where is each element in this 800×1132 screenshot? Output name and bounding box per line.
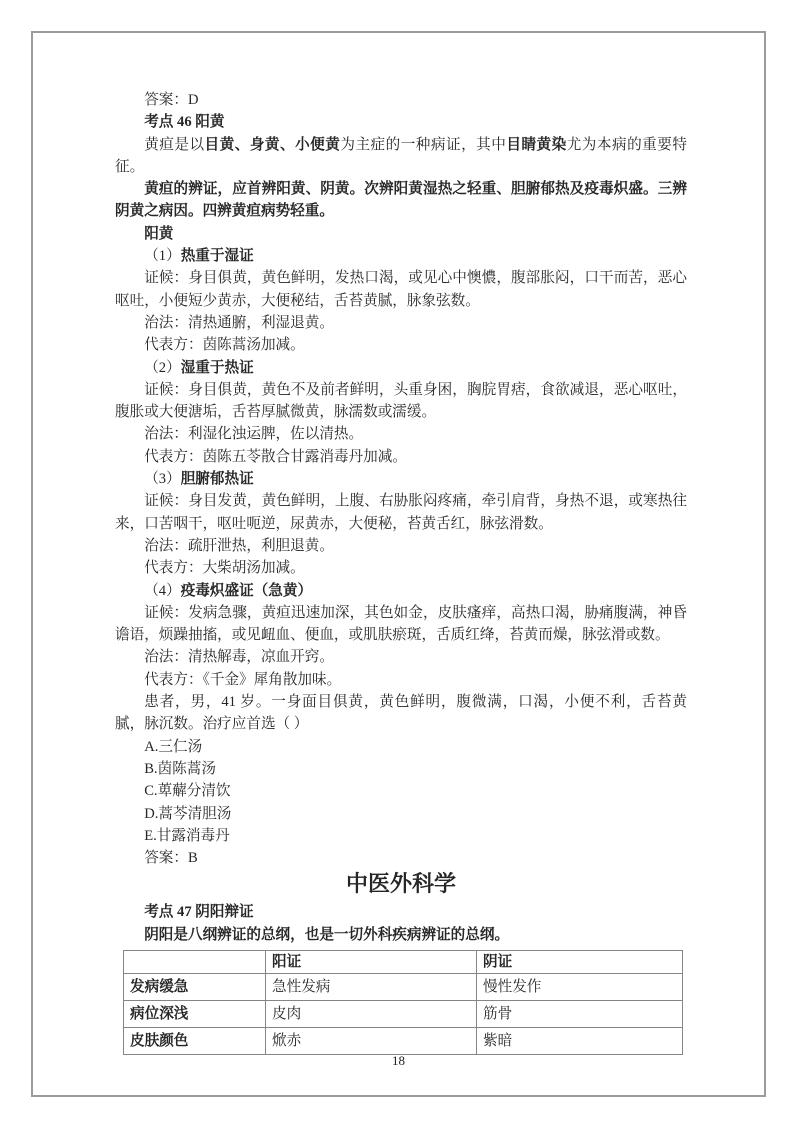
- table-row: 皮肤颜色焮赤紫暗: [124, 1027, 683, 1054]
- paragraph: B.茵陈蒿汤: [115, 758, 687, 780]
- section-heading: 中医外科学: [115, 871, 687, 897]
- text-run: 治法：清热通腑，利湿退黄。: [144, 315, 334, 331]
- text-run: C.萆薢分清饮: [144, 783, 230, 799]
- bold-text-run: 阳黄: [144, 226, 173, 242]
- paragraph: 考点 47 阴阳辩证: [115, 901, 687, 923]
- table-cell: 皮肉: [266, 1000, 477, 1027]
- paragraph: 代表方：茵陈五苓散合甘露消毒丹加减。: [115, 446, 687, 468]
- paragraph: （4）疫毒炽盛证（急黄）: [115, 580, 687, 602]
- paragraph: E.甘露消毒丹: [115, 825, 687, 847]
- text-run: （2）: [144, 360, 181, 376]
- text-run: 治法：利湿化浊运脾，佐以清热。: [144, 426, 363, 442]
- text-run: 证候：身目俱黄，黄色鲜明，发热口渴，或见心中懊憹，腹部胀闷，口干而苦，恶心呕吐，…: [115, 270, 687, 308]
- bold-text-run: 胆腑郁热证: [181, 471, 254, 487]
- text-run: 证候：身目俱黄，黄色不及前者鲜明，头重身困，胸脘胃痞，食欲减退，恶心呕吐，腹胀或…: [115, 382, 687, 420]
- table-row: 发病缓急急性发病慢性发作: [124, 973, 683, 1000]
- paragraph: 治法：疏肝泄热，利胆退黄。: [115, 535, 687, 557]
- text-run: D.蒿芩清胆汤: [144, 806, 231, 822]
- paragraph: 答案：D: [115, 89, 687, 111]
- text-run: 黄疸是以: [144, 137, 204, 153]
- bold-text-run: 考点 46 阳黄: [144, 114, 224, 130]
- paragraph: 答案：B: [115, 847, 687, 869]
- table-header-cell: 阳证: [266, 950, 477, 973]
- paragraph: 阳黄: [115, 223, 687, 245]
- bold-text-run: 黄疸的辨证，应首辨阳黄、阴黄。次辨阳黄湿热之轻重、胆腑郁热及疫毒炽盛。三辨阴黄之…: [115, 181, 687, 219]
- text-run: 代表方：茵陈五苓散合甘露消毒丹加减。: [144, 449, 407, 465]
- paragraph: 证候：身目俱黄，黄色不及前者鲜明，头重身困，胸脘胃痞，食欲减退，恶心呕吐，腹胀或…: [115, 379, 687, 424]
- paragraph: 治法：清热解毒，凉血开窍。: [115, 646, 687, 668]
- text-run: 患者，男，41 岁。一身面目俱黄，黄色鲜明，腹微满，口渴，小便不利，舌苔黄腻，脉…: [115, 694, 687, 732]
- paragraph: （1）热重于湿证: [115, 245, 687, 267]
- text-run: （3）: [144, 471, 181, 487]
- paragraph: C.萆薢分清饮: [115, 780, 687, 802]
- paragraph: （2）湿重于热证: [115, 357, 687, 379]
- paragraph: 考点 46 阳黄: [115, 111, 687, 133]
- paragraph: 患者，男，41 岁。一身面目俱黄，黄色鲜明，腹微满，口渴，小便不利，舌苔黄腻，脉…: [115, 691, 687, 736]
- text-run: （4）: [144, 583, 181, 599]
- bold-text-run: 热重于湿证: [181, 248, 254, 264]
- text-run: E.甘露消毒丹: [144, 828, 230, 844]
- paragraph: 证候：身目发黄，黄色鲜明，上腹、右胁胀闷疼痛，牵引肩背，身热不退，或寒热往来，口…: [115, 490, 687, 535]
- table-cell: 筋骨: [477, 1000, 683, 1027]
- paragraph: D.蒿芩清胆汤: [115, 803, 687, 825]
- table-cell: 慢性发作: [477, 973, 683, 1000]
- text-run: 代表方：大柴胡汤加减。: [144, 560, 305, 576]
- text-run: 为主症的一种病证，其中: [340, 137, 506, 153]
- table-cell: 紫暗: [477, 1027, 683, 1054]
- paragraph: 阴阳是八纲辨证的总纲，也是一切外科疾病辨证的总纲。: [115, 924, 687, 946]
- paragraph: 证候：发病急骤，黄疸迅速加深，其色如金，皮肤瘙痒，高热口渴，胁痛腹满，神昏谵语，…: [115, 602, 687, 647]
- yin-yang-differentiation-table: 阳证阴证发病缓急急性发病慢性发作病位深浅皮肉筋骨皮肤颜色焮赤紫暗: [123, 950, 683, 1055]
- table-header-cell: [124, 950, 266, 973]
- bold-text-run: 目睛黄染: [506, 137, 566, 153]
- paragraph: 代表方：《千金》犀角散加味。: [115, 669, 687, 691]
- paragraph: 治法：清热通腑，利湿退黄。: [115, 312, 687, 334]
- text-run: 治法：清热解毒，凉血开窍。: [144, 649, 334, 665]
- paragraph: 代表方：大柴胡汤加减。: [115, 557, 687, 579]
- table-header-cell: 阴证: [477, 950, 683, 973]
- text-run: 治法：疏肝泄热，利胆退黄。: [144, 538, 334, 554]
- text-run: 证候：身目发黄，黄色鲜明，上腹、右胁胀闷疼痛，牵引肩背，身热不退，或寒热往来，口…: [115, 493, 687, 531]
- paragraph: 治法：利湿化浊运脾，佐以清热。: [115, 423, 687, 445]
- table-cell: 急性发病: [266, 973, 477, 1000]
- text-run: 答案：D: [144, 92, 198, 108]
- bold-text-run: 疫毒炽盛证（急黄）: [181, 583, 312, 599]
- paragraph: 代表方：茵陈蒿汤加减。: [115, 334, 687, 356]
- paragraph: A.三仁汤: [115, 736, 687, 758]
- text-run: A.三仁汤: [144, 739, 202, 755]
- paragraph: 黄疸的辨证，应首辨阳黄、阴黄。次辨阳黄湿热之轻重、胆腑郁热及疫毒炽盛。三辨阴黄之…: [115, 178, 687, 223]
- bold-text-run: 考点 47 阴阳辩证: [144, 904, 253, 920]
- table-row-label: 发病缓急: [124, 973, 266, 1000]
- text-run: B.茵陈蒿汤: [144, 761, 216, 777]
- table-cell: 焮赤: [266, 1027, 477, 1054]
- table-header-row: 阳证阴证: [124, 950, 683, 973]
- document-content: 答案：D考点 46 阳黄黄疸是以目黄、身黄、小便黄为主症的一种病证，其中目睛黄染…: [115, 89, 687, 1055]
- text-run: （1）: [144, 248, 181, 264]
- bold-text-run: 阴阳是八纲辨证的总纲，也是一切外科疾病辨证的总纲。: [144, 927, 509, 943]
- text-run: 答案：B: [144, 850, 198, 866]
- bold-text-run: 目黄、身黄、小便黄: [205, 137, 341, 153]
- text-run: 证候：发病急骤，黄疸迅速加深，其色如金，皮肤瘙痒，高热口渴，胁痛腹满，神昏谵语，…: [115, 605, 687, 643]
- bold-text-run: 湿重于热证: [181, 360, 254, 376]
- page-number: 18: [33, 1053, 764, 1069]
- paragraph: （3）胆腑郁热证: [115, 468, 687, 490]
- text-run: 代表方：茵陈蒿汤加减。: [144, 337, 305, 353]
- paragraph: 黄疸是以目黄、身黄、小便黄为主症的一种病证，其中目睛黄染尤为本病的重要特征。: [115, 134, 687, 179]
- table-row-label: 病位深浅: [124, 1000, 266, 1027]
- text-run: 代表方：《千金》犀角散加味。: [144, 672, 341, 688]
- paragraph: 证候：身目俱黄，黄色鲜明，发热口渴，或见心中懊憹，腹部胀闷，口干而苦，恶心呕吐，…: [115, 267, 687, 312]
- table-row-label: 皮肤颜色: [124, 1027, 266, 1054]
- table-row: 病位深浅皮肉筋骨: [124, 1000, 683, 1027]
- page-border-frame: 答案：D考点 46 阳黄黄疸是以目黄、身黄、小便黄为主症的一种病证，其中目睛黄染…: [31, 31, 766, 1097]
